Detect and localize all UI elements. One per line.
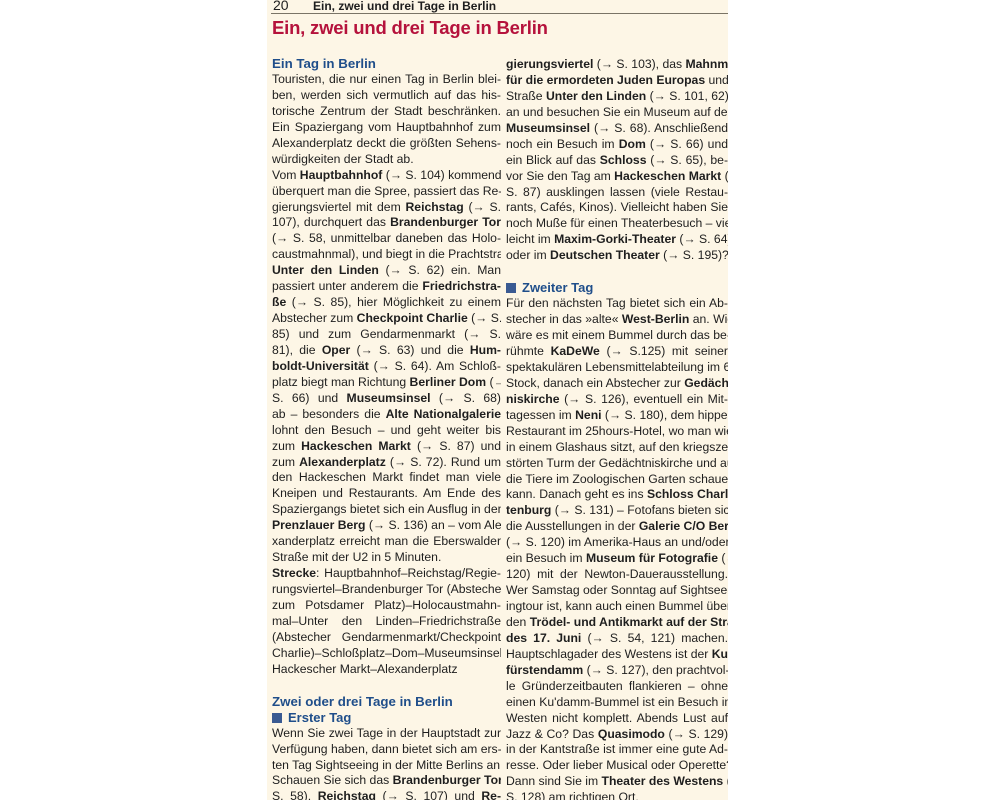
text-line: Stock, danach ein Abstecher zur Gedächt- (506, 376, 728, 392)
text-line: spektakulären Lebensmittelabteilung im 6… (506, 360, 728, 376)
text-line: den Hackeschen Markt findet man viele (272, 470, 501, 486)
heading-second-day: Zweiter Tag (506, 280, 728, 296)
highlighted-place: Checkpoint Charlie (357, 311, 468, 325)
text-line: Hackescher Markt–Alexanderplatz (272, 662, 501, 678)
text-line: boldt-Universität (→ S. 64). Am Schloß- (272, 359, 501, 375)
text-line: xanderplatz erreicht man die Eberswalder (272, 534, 501, 550)
text-line: zum Potsdamer Platz)–Holocaustmahn- (272, 598, 501, 614)
highlighted-place: Theater des Westens (602, 774, 724, 788)
text-line: leicht im Maxim-Gorki-Theater (→ S. 64) (506, 232, 728, 248)
text-line: ingtour ist, kann auch einen Bummel über (506, 599, 728, 615)
highlighted-place: Museum für Fotografie (586, 551, 718, 565)
text-line: den Trödel- und Antikmarkt auf der Straß… (506, 615, 728, 631)
text-line: überquert man die Spree, passiert das Re… (272, 184, 501, 200)
text-line: des 17. Juni (→ S. 54, 121) machen. (506, 631, 728, 647)
highlighted-place: Museumsinsel (347, 391, 431, 405)
text-line: 120) mit der Newton-Dauerausstellung. (506, 567, 728, 583)
text-line: Straße mit der U2 in 5 Minuten. (272, 550, 501, 566)
text-line: zum Hackeschen Markt (→ S. 87) und (272, 439, 501, 455)
highlighted-place: Schloss Charlot- (647, 487, 728, 501)
first-day-text-left: Wenn Sie zwei Tage in der Hauptstadt zur… (272, 726, 501, 800)
text-line: rungsviertel–Brandenburger Tor (Absteche… (272, 582, 501, 598)
highlighted-place: West-Berlin (622, 312, 690, 326)
text-line: Strecke: Hauptbahnhof–Reichstag/Regie- (272, 566, 501, 582)
highlighted-place: Deutschen Theater (550, 248, 660, 262)
highlighted-place: Berliner Dom (410, 375, 487, 389)
highlighted-place: KaDeWe (551, 344, 600, 358)
text-line: kann. Danach geht es ins Schloss Charlot… (506, 487, 728, 503)
text-line: zum Alexanderplatz (→ S. 72). Rund um (272, 455, 501, 471)
text-line: Wenn Sie zwei Tage in der Hauptstadt zur (272, 726, 501, 742)
text-line: tagessen im Neni (→ S. 180), dem hippen (506, 408, 728, 424)
text-line: Ein Spaziergang vom Hauptbahnhof zum (272, 120, 501, 136)
text-line: Touristen, die nur einen Tag in Berlin b… (272, 72, 501, 88)
left-column: Ein Tag in Berlin Touristen, die nur ein… (272, 56, 501, 800)
highlighted-place: Reichstag (405, 200, 463, 214)
highlighted-place: Strecke (272, 566, 316, 580)
highlighted-place: Mahnmal (686, 57, 729, 71)
heading-two-three-days: Zwei oder drei Tage in Berlin (272, 694, 501, 710)
highlighted-place: Hauptbahnhof (300, 168, 383, 182)
text-line: in der Kantstraße ist immer eine gute Ad… (506, 742, 728, 758)
text-line: Kneipen und Restaurants. Am Ende des (272, 486, 501, 502)
text-line: ein Besuch im Museum für Fotografie (→ S… (506, 551, 728, 567)
text-line: Alexanderplatz deckt die größten Sehens- (272, 136, 501, 152)
text-line: Westen nicht komplett. Abends Lust auf (506, 711, 728, 727)
text-line: vor Sie den Tag am Hackeschen Markt (→ (506, 169, 728, 185)
text-line: (Abstecher Gendarmenmarkt/Checkpoint (272, 630, 501, 646)
text-line: S. 58), Reichstag (→ S. 107) und Re- (272, 789, 501, 800)
text-line: Museumsinsel (→ S. 68). Anschließend (506, 121, 728, 137)
text-line: oder im Deutschen Theater (→ S. 195)? (506, 248, 728, 264)
text-line: Straße Unter den Linden (→ S. 101, 62) (506, 89, 728, 105)
highlighted-place: für die ermordeten Juden Europas (506, 73, 705, 87)
text-line: Restaurant im 25hours-Hotel, wo man wie (506, 424, 728, 440)
text-line: an und besuchen Sie ein Museum auf der (506, 105, 728, 121)
text-line: gierungsviertel (→ S. 103), das Mahnmal (506, 57, 728, 73)
second-day-text: Für den nächsten Tag bietet sich ein Ab-… (506, 296, 728, 800)
text-line: platz biegt man Richtung Berliner Dom (→ (272, 375, 501, 391)
highlighted-place: Museumsinsel (506, 121, 590, 135)
text-line: ten Tag Sightseeing in der Mitte Berlins… (272, 758, 501, 774)
text-line: 107), durchquert das Brandenburger Tor (272, 215, 501, 231)
text-line: Prenzlauer Berg (→ S. 136) an – vom Ale- (272, 518, 501, 534)
highlighted-place: Neni (575, 408, 601, 422)
book-page: 20 Ein, zwei und drei Tage in Berlin Ein… (267, 0, 728, 800)
highlighted-place: fürstendamm (506, 663, 583, 677)
highlighted-place: boldt-Universität (272, 359, 369, 373)
text-line: resse. Oder lieber Musical oder Operette… (506, 758, 728, 774)
highlighted-place: niskirche (506, 392, 560, 406)
text-line: gierungsviertel mit dem Reichstag (→ S. (272, 200, 501, 216)
text-line: ße (→ S. 85), hier Möglichkeit zu einem (272, 295, 501, 311)
text-line: Jazz & Co? Das Quasimodo (→ S. 129) (506, 727, 728, 743)
text-line: le Gründerzeitbauten flankieren – ohne (506, 679, 728, 695)
text-line: einen Ku'damm-Bummel ist ein Besuch im (506, 695, 728, 711)
highlighted-place: Prenzlauer Berg (272, 518, 365, 532)
first-day-label: Erster Tag (288, 710, 351, 725)
text-line: störten Turm der Gedächtniskirche und au… (506, 456, 728, 472)
text-line: ein Blick auf das Schloss (→ S. 65), be- (506, 153, 728, 169)
highlighted-place: Quasimodo (598, 727, 665, 741)
heading-one-day: Ein Tag in Berlin (272, 56, 501, 72)
highlighted-place: Galerie C/O Berlin (639, 519, 728, 533)
text-line: S. 128) am richtigen Ort. (506, 790, 728, 800)
text-line: Charlie)–Schloßplatz–Dom–Museumsinsel– (272, 646, 501, 662)
highlighted-place: Gedächt- (684, 376, 728, 390)
highlighted-place: Hackeschen Markt (301, 439, 411, 453)
text-line: (→ S. 58, unmittelbar daneben das Holo- (272, 231, 501, 247)
text-line: stecher in das »alte« West-Berlin an. Wi… (506, 312, 728, 328)
chapter-title: Ein, zwei und drei Tage in Berlin (272, 17, 548, 39)
text-line: (→ S. 120) im Amerika-Haus an und/oder (506, 535, 728, 551)
text-line: fürstendamm (→ S. 127), den prachtvol- (506, 663, 728, 679)
text-line: wäre es mit einem Bummel durch das be- (506, 328, 728, 344)
text-line: Für den nächsten Tag bietet sich ein Ab- (506, 296, 728, 312)
highlighted-place: Brandenburger Tor (390, 215, 501, 229)
text-line: würdigkeiten der Stadt ab. (272, 152, 501, 168)
highlighted-place: tenburg (506, 503, 551, 517)
highlighted-place: Alexanderplatz (299, 455, 386, 469)
text-line: Unter den Linden (→ S. 62) ein. Man (272, 263, 501, 279)
text-line: niskirche (→ S. 126), eventuell ein Mit- (506, 392, 728, 408)
highlighted-place: Oper (322, 343, 350, 357)
text-line: Abstecher zum Checkpoint Charlie (→ S. (272, 311, 501, 327)
highlighted-place: ße (272, 295, 286, 309)
text-line: Spaziergangs bietet sich ein Ausflug in … (272, 502, 501, 518)
first-day-text-right: gierungsviertel (→ S. 103), das Mahnmalf… (506, 57, 728, 264)
text-line: noch Muße für einen Theaterbesuch – viel… (506, 216, 728, 232)
highlighted-place: Unter den Linden (546, 89, 646, 103)
spacer (506, 264, 728, 280)
text-line: Schauen Sie sich das Brandenburger Tor (… (272, 773, 501, 789)
right-column: gierungsviertel (→ S. 103), das Mahnmalf… (506, 57, 728, 800)
one-day-text: Touristen, die nur einen Tag in Berlin b… (272, 72, 501, 678)
text-line: noch ein Besuch im Dom (→ S. 66) und (506, 137, 728, 153)
highlighted-place: Schloss (600, 153, 647, 167)
highlighted-place: Hackeschen Markt (614, 169, 721, 183)
running-header: 20 Ein, zwei und drei Tage in Berlin (271, 0, 728, 14)
text-line: für die ermordeten Juden Europas und die (506, 73, 728, 89)
text-line: rühmte KaDeWe (→ S.125) mit seiner (506, 344, 728, 360)
highlighted-place: Hum- (470, 343, 501, 357)
spacer (272, 678, 501, 694)
text-line: Vom Hauptbahnhof (→ S. 104) kommend, (272, 168, 501, 184)
highlighted-place: Reichstag (318, 789, 376, 800)
highlighted-place: Dom (619, 137, 646, 151)
text-line: passiert unter anderem die Friedrichstra… (272, 279, 501, 295)
square-bullet-icon (272, 713, 282, 723)
text-line: torische Zentrum der Stadt beschränken. (272, 104, 501, 120)
highlighted-place: Brandenburger Tor (393, 773, 501, 787)
text-line: tenburg (→ S. 131) – Fotofans bieten sic… (506, 503, 728, 519)
highlighted-place: Unter den Linden (272, 263, 379, 277)
second-day-label: Zweiter Tag (522, 280, 593, 295)
page-number: 20 (273, 0, 289, 12)
text-line: ben, werden sich vermutlich auf das his- (272, 88, 501, 104)
running-title: Ein, zwei und drei Tage in Berlin (313, 0, 496, 13)
text-line: S. 87) ausklingen lassen (viele Restau- (506, 185, 728, 201)
text-line: die Ausstellungen in der Galerie C/O Ber… (506, 519, 728, 535)
heading-first-day: Erster Tag (272, 710, 501, 726)
text-line: Verfügung haben, dann bietet sich am ers… (272, 742, 501, 758)
highlighted-place: Friedrichstra- (422, 279, 501, 293)
highlighted-place: Alte Nationalgalerie (386, 407, 501, 421)
text-line: Wer Samstag oder Sonntag auf Sightsee- (506, 583, 728, 599)
highlighted-place: Trödel- und Antikmarkt auf der Straße (530, 615, 728, 629)
text-line: rants, Cafés, Kinos). Vielleicht haben S… (506, 200, 728, 216)
text-line: 81), die Oper (→ S. 63) und die Hum- (272, 343, 501, 359)
text-line: Hauptschlagader des Westens ist der Kur- (506, 647, 728, 663)
text-line: die Tiere im Zoologischen Garten schauen (506, 472, 728, 488)
text-line: caustmahnmal), und biegt in die Prachtst… (272, 247, 501, 263)
highlighted-place: des 17. Juni (506, 631, 581, 645)
text-line: 85) und zum Gendarmenmarkt (→ S. (272, 327, 501, 343)
highlighted-place: gierungsviertel (506, 57, 593, 71)
highlighted-place: Kur- (712, 647, 728, 661)
text-line: Dann sind Sie im Theater des Westens (→ (506, 774, 728, 790)
text-line: in einem Glashaus sitzt, auf den kriegsz… (506, 440, 728, 456)
text-line: lohnt den Besuch – und geht weiter bis (272, 423, 501, 439)
text-line: ab – besonders die Alte Nationalgalerie (272, 407, 501, 423)
text-line: mal–Unter den Linden–Friedrichstraße (272, 614, 501, 630)
highlighted-place: Re- (481, 789, 501, 800)
square-bullet-icon (506, 283, 516, 293)
highlighted-place: Maxim-Gorki-Theater (554, 232, 676, 246)
text-line: S. 66) und Museumsinsel (→ S. 68) (272, 391, 501, 407)
